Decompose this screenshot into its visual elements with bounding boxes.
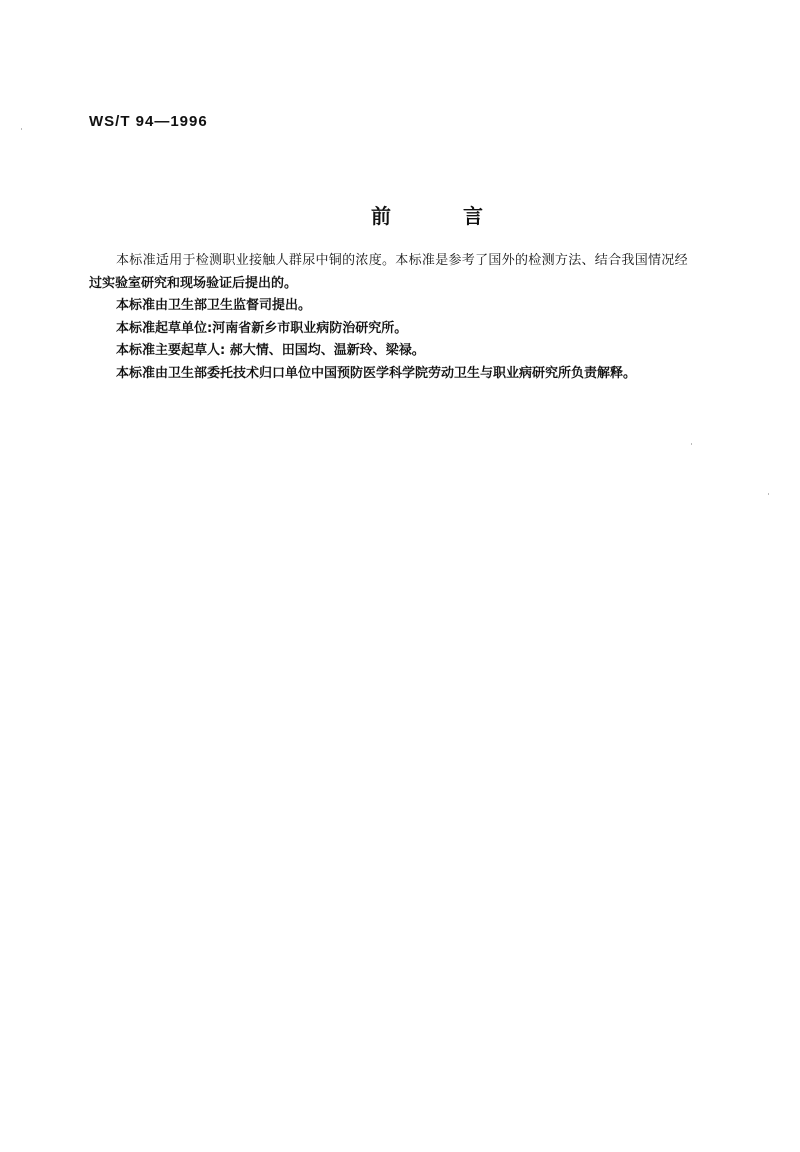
title-char-2: 言 — [463, 200, 483, 229]
document-page: WS/T 94—1996 前言 本标准适用于检测职业接触人群尿中铜的浓度。本标准… — [0, 0, 800, 1152]
paragraph-proposer: 本标准由卫生部卫生监督司提出。 — [89, 295, 769, 318]
paragraph-interpretation: 本标准由卫生部委托技术归口单位中国预防医学科学院劳动卫生与职业病研究所负责解释。 — [89, 363, 769, 386]
page-title: 前言 — [371, 200, 483, 229]
scan-speck — [768, 493, 769, 495]
standard-code: WS/T 94—1996 — [89, 113, 208, 130]
paragraph-scope-line-2: 过实验室研究和现场验证后提出的。 — [89, 273, 769, 296]
foreword-body: 本标准适用于检测职业接触人群尿中铜的浓度。本标准是参考了国外的检测方法、结合我国… — [89, 250, 769, 385]
paragraph-drafters: 本标准主要起草人: 郝大情、田国均、温新玲、梁禄。 — [89, 340, 769, 363]
scan-speck — [21, 128, 22, 130]
paragraph-drafting-unit: 本标准起草单位:河南省新乡市职业病防治研究所。 — [89, 318, 769, 341]
title-char-1: 前 — [371, 200, 391, 229]
paragraph-scope-line-1: 本标准适用于检测职业接触人群尿中铜的浓度。本标准是参考了国外的检测方法、结合我国… — [89, 250, 769, 273]
scan-speck — [691, 443, 692, 445]
